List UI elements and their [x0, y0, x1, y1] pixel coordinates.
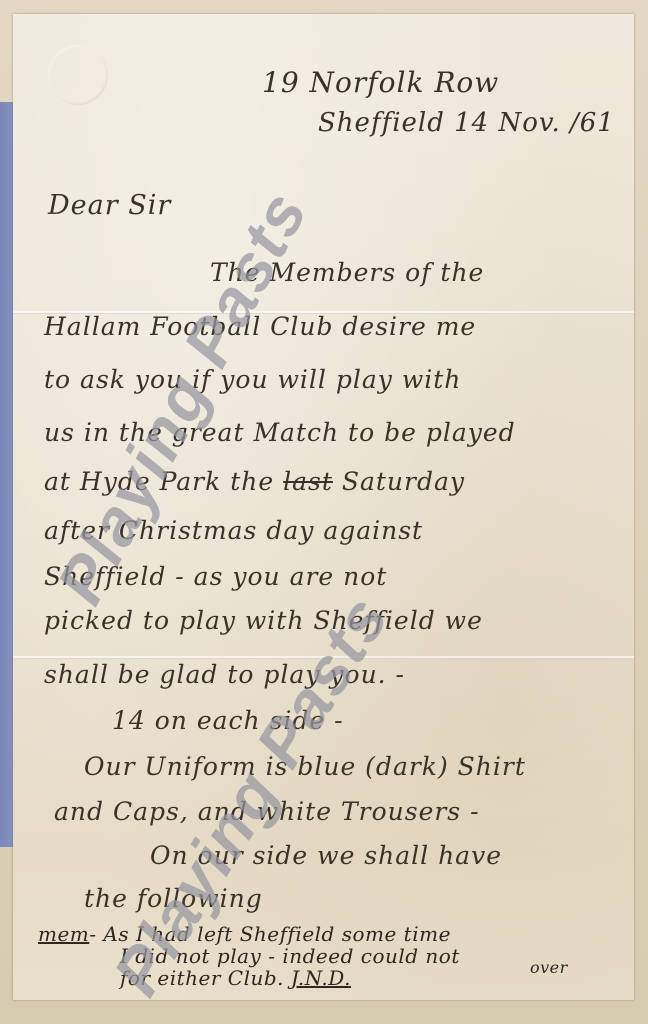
struck-word: last	[283, 467, 333, 496]
memo-label: mem	[38, 922, 89, 946]
body-line-text: Saturday	[342, 467, 465, 496]
address-line-1: 19 Norfolk Row	[262, 66, 499, 99]
address-line-2: Sheffield 14 Nov. /61	[318, 108, 615, 138]
memo-line-1: mem- As I had left Sheffield some time	[38, 922, 451, 946]
embossed-seal-icon	[48, 45, 108, 105]
body-line: to ask you if you will play with	[44, 365, 461, 394]
memo-aside: over	[530, 958, 568, 977]
salutation: Dear Sir	[48, 190, 171, 221]
initials: J.N.D.	[291, 966, 351, 990]
